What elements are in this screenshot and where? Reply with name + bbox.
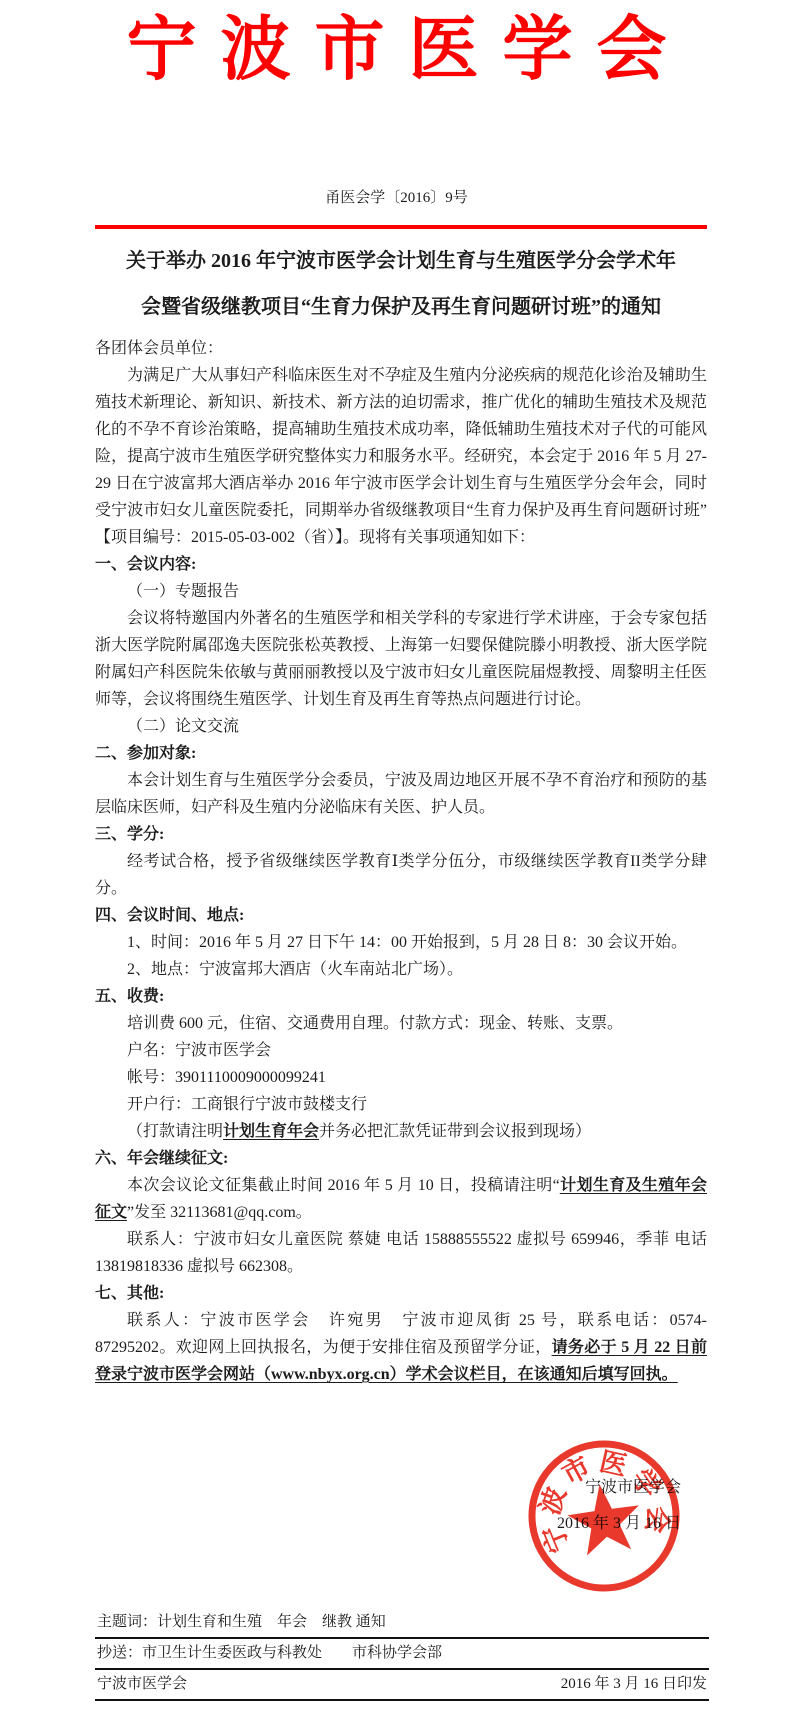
letterhead-org-title: 宁波市医学会 bbox=[0, 0, 793, 94]
section-1-paragraph: 会议将特邀国内外著名的生殖医学和相关学科的专家进行学术讲座，于会专家包括浙大医学… bbox=[95, 605, 707, 713]
call-for-papers-paragraph: 本次会议论文征集截止时间 2016 年 5 月 10 日，投稿请注明“计划生育及… bbox=[95, 1172, 707, 1226]
letterhead-divider bbox=[95, 225, 707, 229]
cc-row: 抄送：市卫生计生委医政与科教处 市科协学会部 bbox=[95, 1639, 709, 1670]
section-3-heading: 三、学分: bbox=[95, 821, 707, 848]
call-for-papers-post: ”发至 32113681@qq.com。 bbox=[127, 1204, 312, 1221]
notice-title: 关于举办 2016 年宁波市医学会计划生育与生殖医学分会学术年 会暨省级继教项目… bbox=[95, 238, 707, 330]
remittance-note-pre: （打款请注明 bbox=[127, 1123, 223, 1140]
section-4-item-time: 1、时间：2016 年 5 月 27 日下午 14：00 开始报到，5 月 28… bbox=[95, 929, 707, 956]
section-3-paragraph: 经考试合格，授予省级继续医学教育Ⅰ类学分伍分，市级继续医学教育II类学分肆分。 bbox=[95, 848, 707, 902]
signature-block: 宁波市医学会 2016 年 3 月 16 日 bbox=[557, 1470, 681, 1542]
fee-line: 培训费 600 元，住宿、交通费用自理。付款方式：现金、转账、支票。 bbox=[95, 1010, 707, 1037]
intro-paragraph: 为满足广大从事妇产科临床医生对不孕症及生殖内分泌疾病的规范化诊治及辅助生殖技术新… bbox=[95, 362, 707, 551]
section-6-contacts: 联系人：宁波市妇女儿童医院 蔡婕 电话 15888555522 虚拟号 6599… bbox=[95, 1226, 707, 1280]
other-paragraph: 联系人：宁波市医学会 许宛男 宁波市迎凤街 25 号，联系电话：0574-872… bbox=[95, 1307, 707, 1388]
section-4-heading: 四、会议时间、地点: bbox=[95, 902, 707, 929]
notice-body: 各团体会员单位： 为满足广大从事妇产科临床医生对不孕症及生殖内分泌疾病的规范化诊… bbox=[95, 335, 707, 1388]
document-number: 甬医会学〔2016〕9号 bbox=[0, 188, 793, 208]
document-footer: 主题词：计划生育和生殖 年会 继教 通知 抄送：市卫生计生委医政与科教处 市科协… bbox=[95, 1608, 709, 1701]
remittance-note-emphasis: 计划生育年会 bbox=[223, 1123, 319, 1140]
notice-document: 宁波市医学会 甬医会学〔2016〕9号 关于举办 2016 年宁波市医学会计划生… bbox=[0, 0, 793, 1715]
call-for-papers-pre: 本次会议论文征集截止时间 2016 年 5 月 10 日，投稿请注明“ bbox=[127, 1177, 560, 1194]
section-7-heading: 七、其他: bbox=[95, 1280, 707, 1307]
signature-org: 宁波市医学会 bbox=[557, 1470, 681, 1506]
issuer-name: 宁波市医学会 bbox=[97, 1674, 187, 1694]
section-2-paragraph: 本会计划生育与生殖医学分会委员，宁波及周边地区开展不孕不育治疗和预防的基层临床医… bbox=[95, 767, 707, 821]
bank-line: 开户行：工商银行宁波市鼓楼支行 bbox=[95, 1091, 707, 1118]
section-6-heading: 六、年会继续征文: bbox=[95, 1145, 707, 1172]
signature-date: 2016 年 3 月 16 日 bbox=[557, 1506, 681, 1542]
section-1-sub1: （一）专题报告 bbox=[95, 578, 707, 605]
remittance-note: （打款请注明计划生育年会并务必把汇款凭证带到会议报到现场） bbox=[95, 1118, 707, 1145]
remittance-note-post: 并务必把汇款凭证带到会议报到现场） bbox=[319, 1123, 591, 1140]
section-2-heading: 二、参加对象: bbox=[95, 740, 707, 767]
notice-title-line2: 会暨省级继教项目“生育力保护及再生育问题研讨班”的通知 bbox=[95, 284, 707, 330]
section-1-heading: 一、会议内容: bbox=[95, 551, 707, 578]
salutation: 各团体会员单位： bbox=[95, 335, 707, 362]
keywords-row: 主题词：计划生育和生殖 年会 继教 通知 bbox=[95, 1608, 709, 1639]
account-name-line: 户名：宁波市医学会 bbox=[95, 1037, 707, 1064]
section-4-item-place: 2、地点：宁波富邦大酒店（火车南站北广场）。 bbox=[95, 956, 707, 983]
print-date: 2016 年 3 月 16 日印发 bbox=[561, 1674, 707, 1694]
account-number-line: 帐号：3901110009000099241 bbox=[95, 1064, 707, 1091]
issuer-row: 宁波市医学会 2016 年 3 月 16 日印发 bbox=[95, 1670, 709, 1701]
section-5-heading: 五、收费: bbox=[95, 983, 707, 1010]
section-1-sub2: （二）论文交流 bbox=[95, 713, 707, 740]
notice-title-line1: 关于举办 2016 年宁波市医学会计划生育与生殖医学分会学术年 bbox=[95, 238, 707, 284]
